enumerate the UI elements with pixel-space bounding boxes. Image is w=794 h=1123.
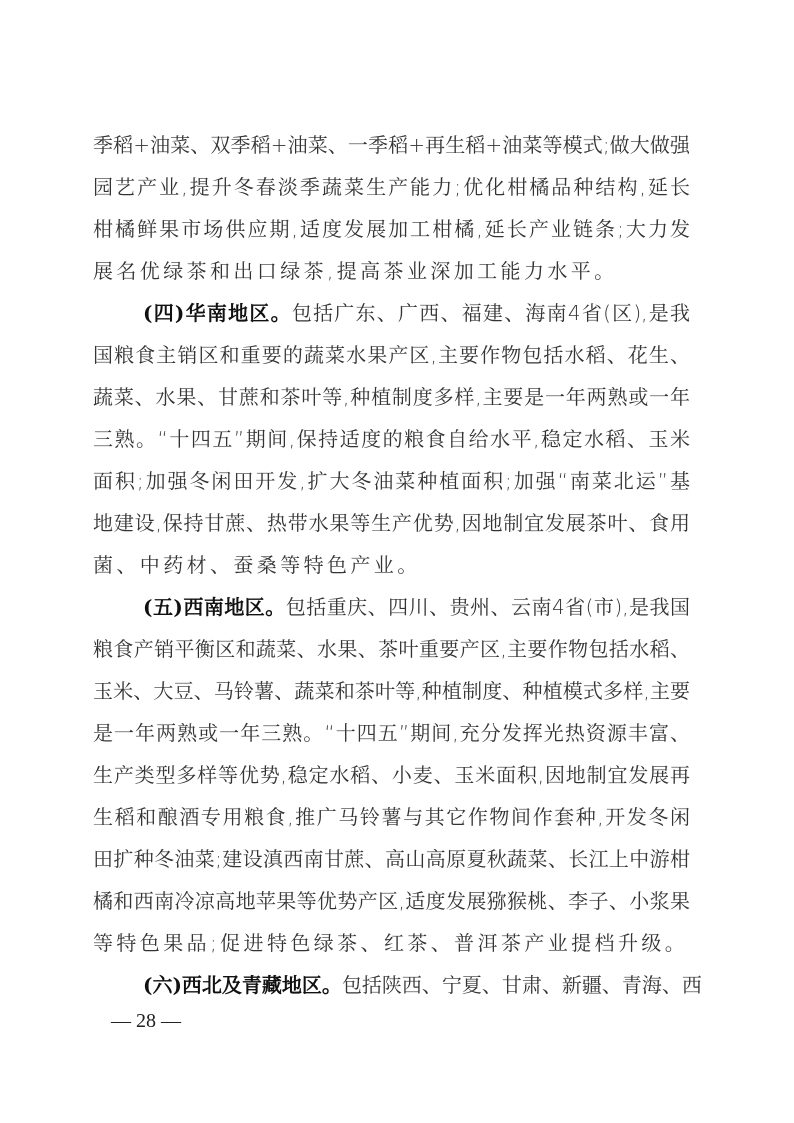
text-line: 展名优绿茶和出口绿茶,提高茶业深加工能力水平。	[93, 250, 690, 292]
section-heading-northwest: (六)西北及青藏地区。	[143, 973, 342, 997]
text-line: 柑橘鲜果市场供应期,适度发展加工柑橘,延长产业链条;大力发	[93, 208, 690, 250]
text-line: 是一年两熟或一年三熟。“十四五”期间,充分发挥光热资源丰富、	[93, 712, 690, 754]
paragraph-heading-line: (六)西北及青藏地区。包括陕西、宁夏、甘肃、新疆、青海、西	[93, 964, 690, 1006]
text-line: 等特色果品;促进特色绿茶、红茶、普洱茶产业提档升级。	[93, 922, 690, 964]
text-line: 地建设,保持甘蔗、热带水果等生产优势,因地制宜发展茶叶、食用	[93, 502, 690, 544]
section-heading-south-china: (四)华南地区。	[143, 301, 292, 325]
text-line: 季稻+油菜、双季稻+油菜、一季稻+再生稻+油菜等模式;做大做强	[93, 124, 690, 166]
text-line: 园艺产业,提升冬春淡季蔬菜生产能力;优化柑橘品种结构,延长	[93, 166, 690, 208]
body-text: 季稻+油菜、双季稻+油菜、一季稻+再生稻+油菜等模式;做大做强 园艺产业,提升冬…	[93, 124, 690, 1006]
paragraph-heading-line: (五)西南地区。包括重庆、四川、贵州、云南4省(市),是我国	[93, 586, 690, 628]
text-line: 生稻和酿酒专用粮食,推广马铃薯与其它作物间作套种,开发冬闲	[93, 796, 690, 838]
text-line: 生产类型多样等优势,稳定水稻、小麦、玉米面积,因地制宜发展再	[93, 754, 690, 796]
text-span: 包括陕西、宁夏、甘肃、新疆、青海、西	[342, 973, 702, 997]
text-line: 面积;加强冬闲田开发,扩大冬油菜种植面积;加强“南菜北运”基	[93, 460, 690, 502]
section-heading-southwest: (五)西南地区。	[143, 595, 286, 619]
text-line: 田扩种冬油菜;建设滇西南甘蔗、高山高原夏秋蔬菜、长江上中游柑	[93, 838, 690, 880]
text-line: 橘和西南冷凉高地苹果等优势产区,适度发展猕猴桃、李子、小浆果	[93, 880, 690, 922]
document-page: 季稻+油菜、双季稻+油菜、一季稻+再生稻+油菜等模式;做大做强 园艺产业,提升冬…	[0, 0, 794, 1123]
paragraph-heading-line: (四)华南地区。包括广东、广西、福建、海南4省(区),是我	[93, 292, 690, 334]
text-line: 三熟。“十四五”期间,保持适度的粮食自给水平,稳定水稻、玉米	[93, 418, 690, 460]
text-line: 菌、中药材、蚕桑等特色产业。	[93, 544, 690, 586]
text-line: 粮食产销平衡区和蔬菜、水果、茶叶重要产区,主要作物包括水稻、	[93, 628, 690, 670]
text-span: 包括广东、广西、福建、海南4省(区),是我	[292, 301, 690, 325]
text-line: 国粮食主销区和重要的蔬菜水果产区,主要作物包括水稻、花生、	[93, 334, 690, 376]
text-line: 蔬菜、水果、甘蔗和茶叶等,种植制度多样,主要是一年两熟或一年	[93, 376, 690, 418]
text-span: 包括重庆、四川、贵州、云南4省(市),是我国	[286, 595, 690, 619]
page-number: — 28 —	[111, 1010, 181, 1033]
text-line: 玉米、大豆、马铃薯、蔬菜和茶叶等,种植制度、种植模式多样,主要	[93, 670, 690, 712]
